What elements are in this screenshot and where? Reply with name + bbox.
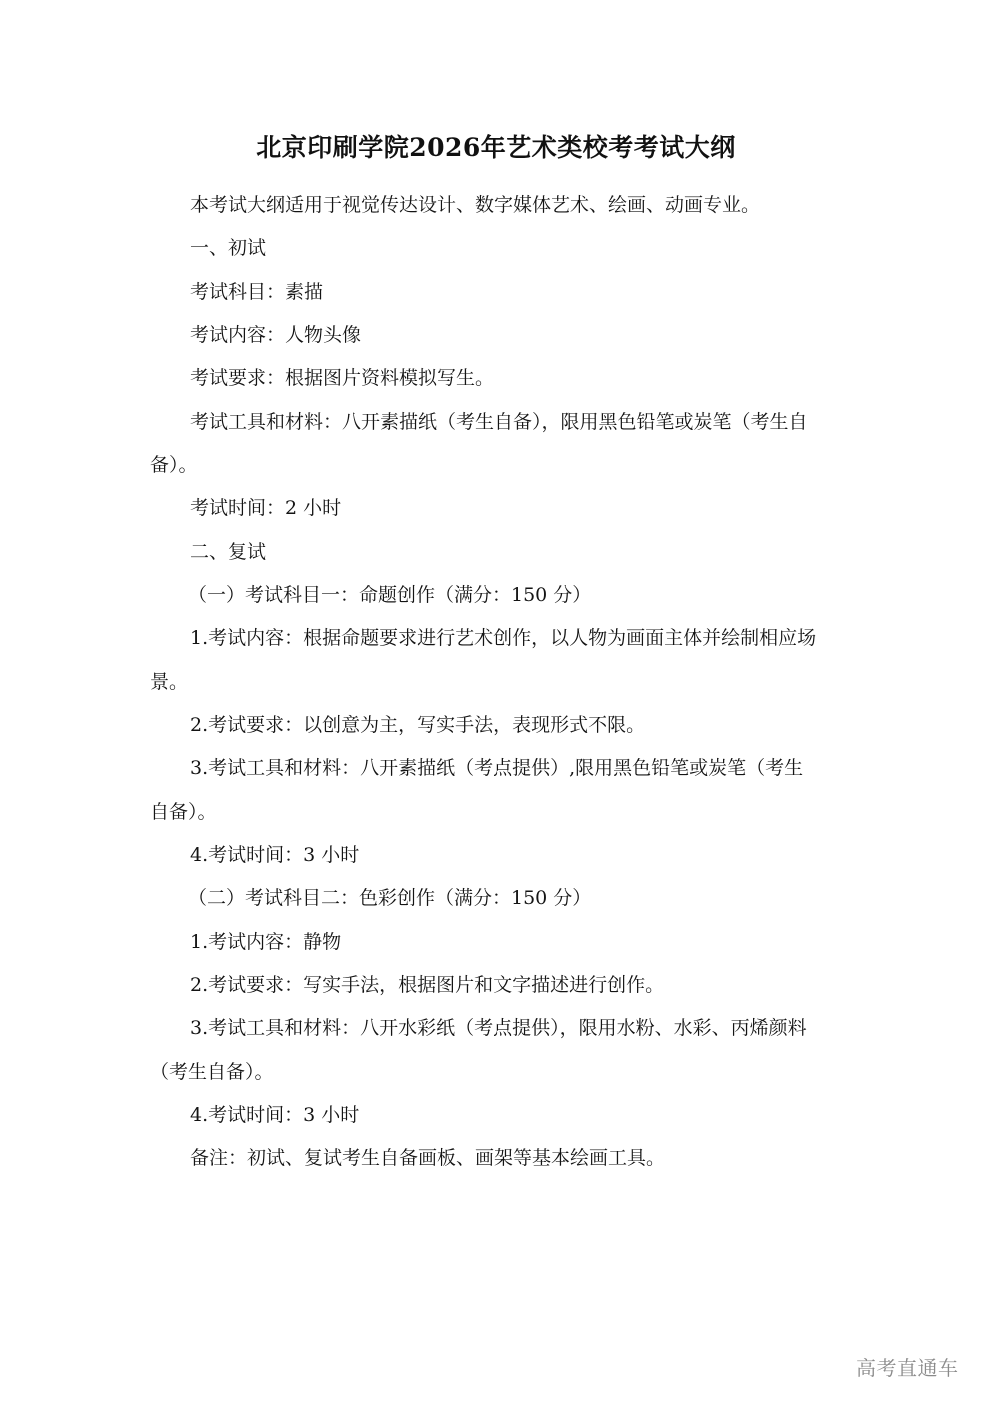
- note-paragraph: 备注：初试、复试考生自备画板、画架等基本绘画工具。: [190, 1146, 665, 1170]
- retest-subject1-requirement: 2.考试要求：以创意为主，写实手法，表现形式不限。: [190, 713, 645, 737]
- retest-subject2-time: 4.考试时间：3 小时: [190, 1103, 359, 1127]
- preliminary-subject: 考试科目：素描: [190, 280, 323, 304]
- document-title: 北京印刷学院2026年艺术类校考考试大纲: [0, 128, 992, 164]
- retest-subject1-materials: 3.考试工具和材料：八开素描纸（考点提供）,限用黑色铅笔或炭笔（考生: [190, 756, 803, 780]
- preliminary-materials-cont: 备）。: [150, 453, 198, 477]
- section-heading-preliminary: 一、初试: [190, 236, 266, 260]
- retest-subject2-requirement: 2.考试要求：写实手法，根据图片和文字描述进行创作。: [190, 973, 664, 997]
- preliminary-content: 考试内容：人物头像: [190, 323, 361, 347]
- retest-subject2-materials-cont: （考生自备）。: [150, 1060, 274, 1084]
- retest-subject2-materials: 3.考试工具和材料：八开水彩纸（考点提供），限用水粉、水彩、丙烯颜料: [190, 1016, 807, 1040]
- retest-subject2-heading: （二）考试科目二：色彩创作（满分：150 分）: [188, 886, 591, 910]
- watermark: 高考直通车: [856, 1352, 959, 1381]
- section-heading-retest: 二、复试: [190, 540, 266, 564]
- intro-paragraph: 本考试大纲适用于视觉传达设计、数字媒体艺术、绘画、动画专业。: [190, 193, 760, 217]
- preliminary-requirement: 考试要求：根据图片资料模拟写生。: [190, 366, 494, 390]
- retest-subject1-content: 1.考试内容：根据命题要求进行艺术创作，以人物为画面主体并绘制相应场: [190, 626, 816, 650]
- retest-subject1-heading: （一）考试科目一：命题创作（满分：150 分）: [188, 583, 591, 607]
- preliminary-time: 考试时间：2 小时: [190, 496, 341, 520]
- retest-subject2-content: 1.考试内容：静物: [190, 930, 341, 954]
- document-page: 北京印刷学院2026年艺术类校考考试大纲 本考试大纲适用于视觉传达设计、数字媒体…: [0, 0, 992, 1403]
- preliminary-materials: 考试工具和材料：八开素描纸（考生自备），限用黑色铅笔或炭笔（考生自: [190, 410, 808, 434]
- retest-subject1-content-cont: 景。: [150, 670, 188, 694]
- retest-subject1-materials-cont: 自备）。: [150, 800, 217, 824]
- retest-subject1-time: 4.考试时间：3 小时: [190, 843, 359, 867]
